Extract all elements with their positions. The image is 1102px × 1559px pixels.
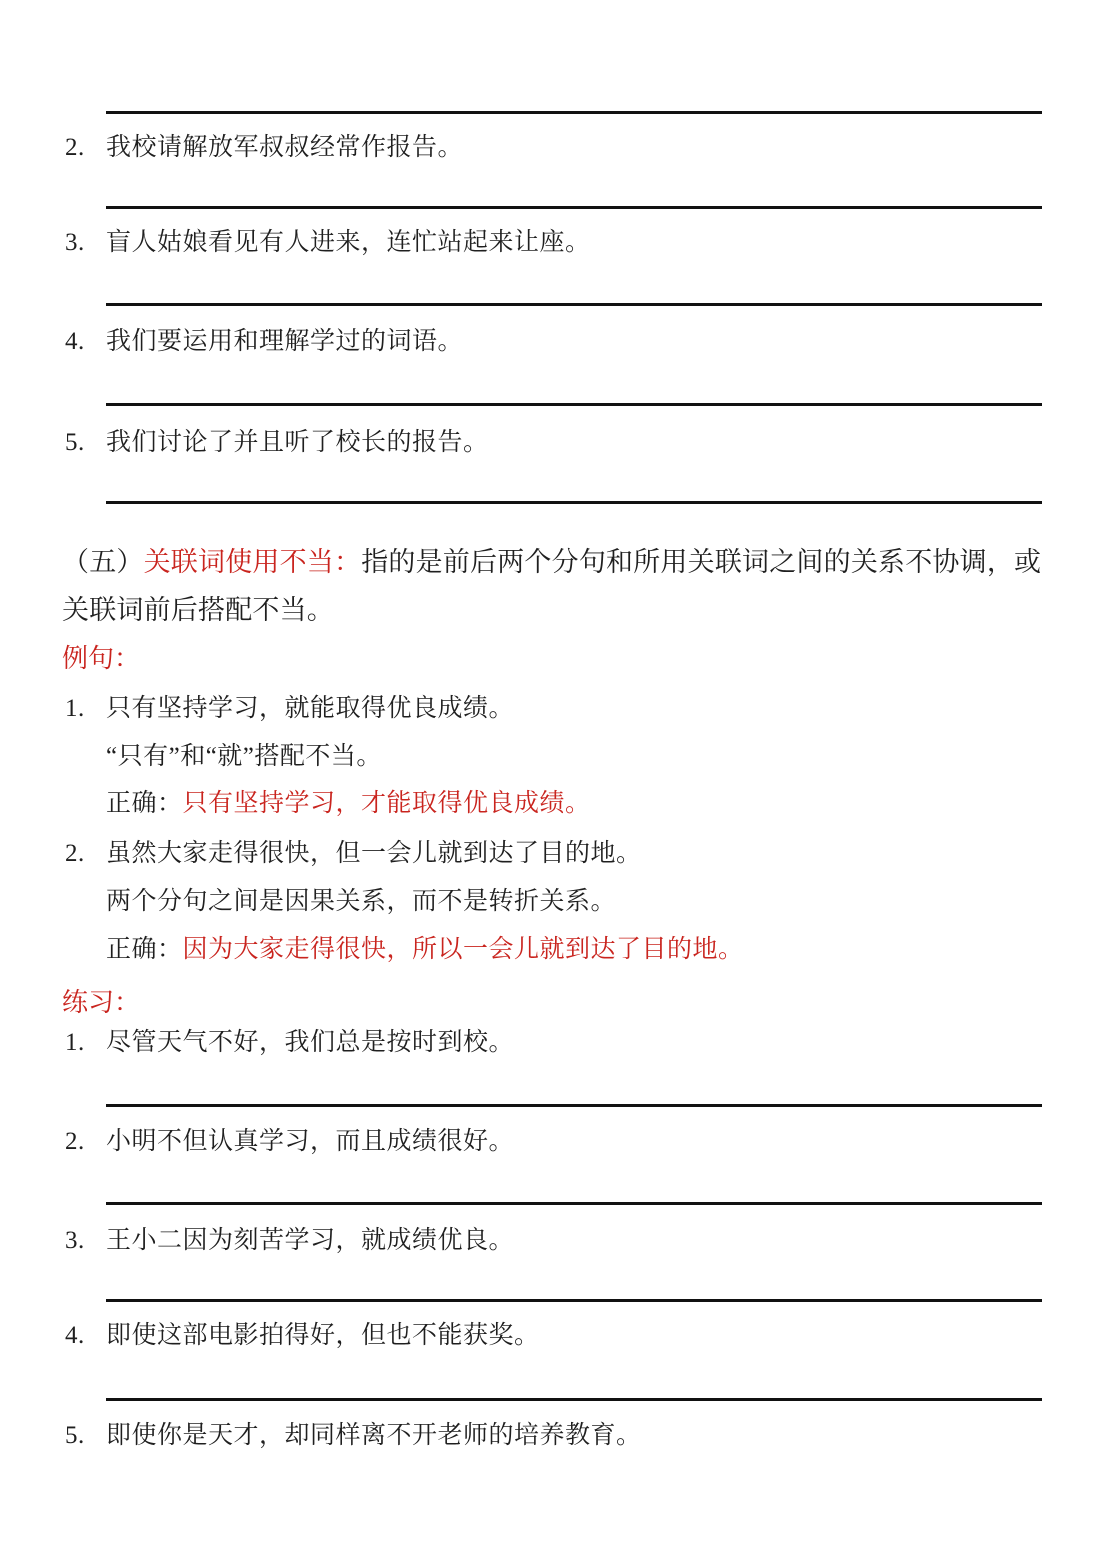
- answer-line: [106, 1202, 1042, 1205]
- correct-text: 因为大家走得很快，所以一会儿就到达了目的地。: [183, 936, 744, 963]
- item-number: 3.: [65, 228, 106, 258]
- item-text: 小明不但认真学习，而且成绩很好。: [106, 1128, 514, 1155]
- item-text: 虽然大家走得很快，但一会儿就到达了目的地。: [106, 840, 642, 867]
- exercise-item-2: 2.我校请解放军叔叔经常作报告。: [65, 133, 463, 163]
- example-2-note: 两个分句之间是因果关系，而不是转折关系。: [106, 887, 616, 917]
- document-page: 2.我校请解放军叔叔经常作报告。 3.盲人姑娘看见有人进来，连忙站起来让座。 4…: [0, 0, 1102, 1559]
- practice-item-4: 4.即使这部电影拍得好，但也不能获奖。: [65, 1321, 540, 1351]
- item-number: 2.: [65, 1127, 106, 1157]
- item-number: 1.: [65, 694, 106, 724]
- exercise-item-3: 3.盲人姑娘看见有人进来，连忙站起来让座。: [65, 228, 591, 258]
- section-label: （五）: [62, 547, 144, 577]
- item-number: 2.: [65, 839, 106, 869]
- answer-line: [106, 1104, 1042, 1107]
- answer-line: [106, 111, 1042, 114]
- answer-line: [106, 303, 1042, 306]
- item-text: 我们要运用和理解学过的词语。: [106, 328, 463, 355]
- example-2-correction: 正确：因为大家走得很快，所以一会儿就到达了目的地。: [106, 935, 744, 965]
- item-number: 2.: [65, 133, 106, 163]
- practice-item-5: 5.即使你是天才，却同样离不开老师的培养教育。: [65, 1421, 642, 1451]
- item-number: 5.: [65, 1421, 106, 1451]
- practice-item-2: 2.小明不但认真学习，而且成绩很好。: [65, 1127, 514, 1157]
- item-text: 即使你是天才，却同样离不开老师的培养教育。: [106, 1422, 642, 1449]
- answer-line: [106, 206, 1042, 209]
- section-title: 关联词使用不当：: [144, 547, 362, 577]
- example-1-correction: 正确：只有坚持学习，才能取得优良成绩。: [106, 789, 591, 819]
- item-text: 只有坚持学习，就能取得优良成绩。: [106, 695, 514, 722]
- answer-line: [106, 1299, 1042, 1302]
- item-number: 4.: [65, 327, 106, 357]
- item-text: 盲人姑娘看见有人进来，连忙站起来让座。: [106, 229, 591, 256]
- item-text: 我校请解放军叔叔经常作报告。: [106, 134, 463, 161]
- item-text: 我们讨论了并且听了校长的报告。: [106, 429, 489, 456]
- item-number: 3.: [65, 1226, 106, 1256]
- item-text: 尽管天气不好，我们总是按时到校。: [106, 1029, 514, 1056]
- item-number: 4.: [65, 1321, 106, 1351]
- example-1-note: “只有”和“就”搭配不当。: [106, 742, 382, 772]
- examples-header: 例句：: [62, 644, 140, 674]
- practice-item-3: 3.王小二因为刻苦学习，就成绩优良。: [65, 1226, 514, 1256]
- item-text: 王小二因为刻苦学习，就成绩优良。: [106, 1227, 514, 1254]
- answer-line: [106, 403, 1042, 406]
- section-paragraph: （五）关联词使用不当：指的是前后两个分句和所用关联词之间的关系不协调，或关联词前…: [62, 538, 1066, 634]
- answer-line: [106, 501, 1042, 504]
- correct-label: 正确：: [106, 790, 183, 817]
- exercise-item-4: 4.我们要运用和理解学过的词语。: [65, 327, 463, 357]
- answer-line: [106, 1398, 1042, 1401]
- correct-label: 正确：: [106, 936, 183, 963]
- example-1-sentence: 1.只有坚持学习，就能取得优良成绩。: [65, 694, 514, 724]
- practice-item-1: 1.尽管天气不好，我们总是按时到校。: [65, 1028, 514, 1058]
- example-2-sentence: 2.虽然大家走得很快，但一会儿就到达了目的地。: [65, 839, 642, 869]
- correct-text: 只有坚持学习，才能取得优良成绩。: [183, 790, 591, 817]
- exercise-item-5: 5.我们讨论了并且听了校长的报告。: [65, 428, 489, 458]
- item-number: 1.: [65, 1028, 106, 1058]
- item-text: 即使这部电影拍得好，但也不能获奖。: [106, 1322, 540, 1349]
- practice-header: 练习：: [62, 988, 140, 1018]
- item-number: 5.: [65, 428, 106, 458]
